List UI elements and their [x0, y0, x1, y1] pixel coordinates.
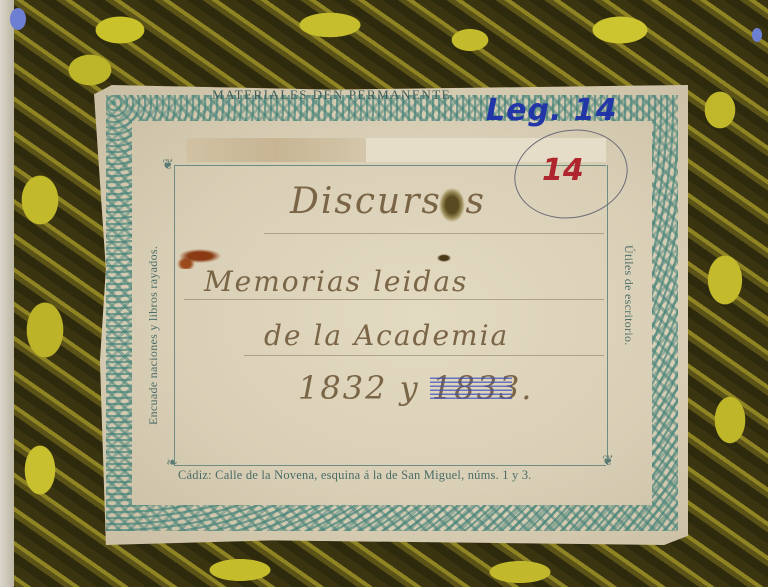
ink-blot: [432, 180, 472, 230]
blue-annotation: Leg. 14: [486, 93, 618, 128]
printed-footer: Cádiz: Calle de la Novena, esquina á la …: [178, 468, 618, 483]
corner-flourish-icon: ❦: [602, 453, 614, 469]
printed-left-side: Encuade naciones y libros rayados.: [146, 246, 161, 425]
ink-spot: [434, 253, 454, 263]
paper-label: MATERIALES DEN PERMANENTE. ❦ ❧ ❦ Encuade…: [94, 85, 688, 545]
printed-right-side: Útiles de escritorio.: [621, 245, 636, 346]
ruled-line: [184, 299, 604, 300]
handwritten-line-2: Memorias leidas: [204, 265, 468, 298]
corner-flourish-icon: ❧: [166, 455, 178, 471]
ruled-line: [264, 233, 604, 234]
corner-flourish-icon: ❦: [162, 157, 174, 173]
blue-tab-mark-right: [752, 28, 762, 42]
blue-tab-mark: [10, 8, 26, 30]
blue-strike-through: [430, 377, 512, 399]
rust-stain: [172, 243, 242, 269]
red-annotation: 14: [542, 153, 584, 188]
torn-area: [186, 138, 366, 162]
ruled-line: [244, 355, 604, 356]
bottom-rule: [174, 465, 606, 466]
spine-edge: [0, 0, 14, 587]
handwritten-line-3: de la Academia: [264, 319, 509, 352]
